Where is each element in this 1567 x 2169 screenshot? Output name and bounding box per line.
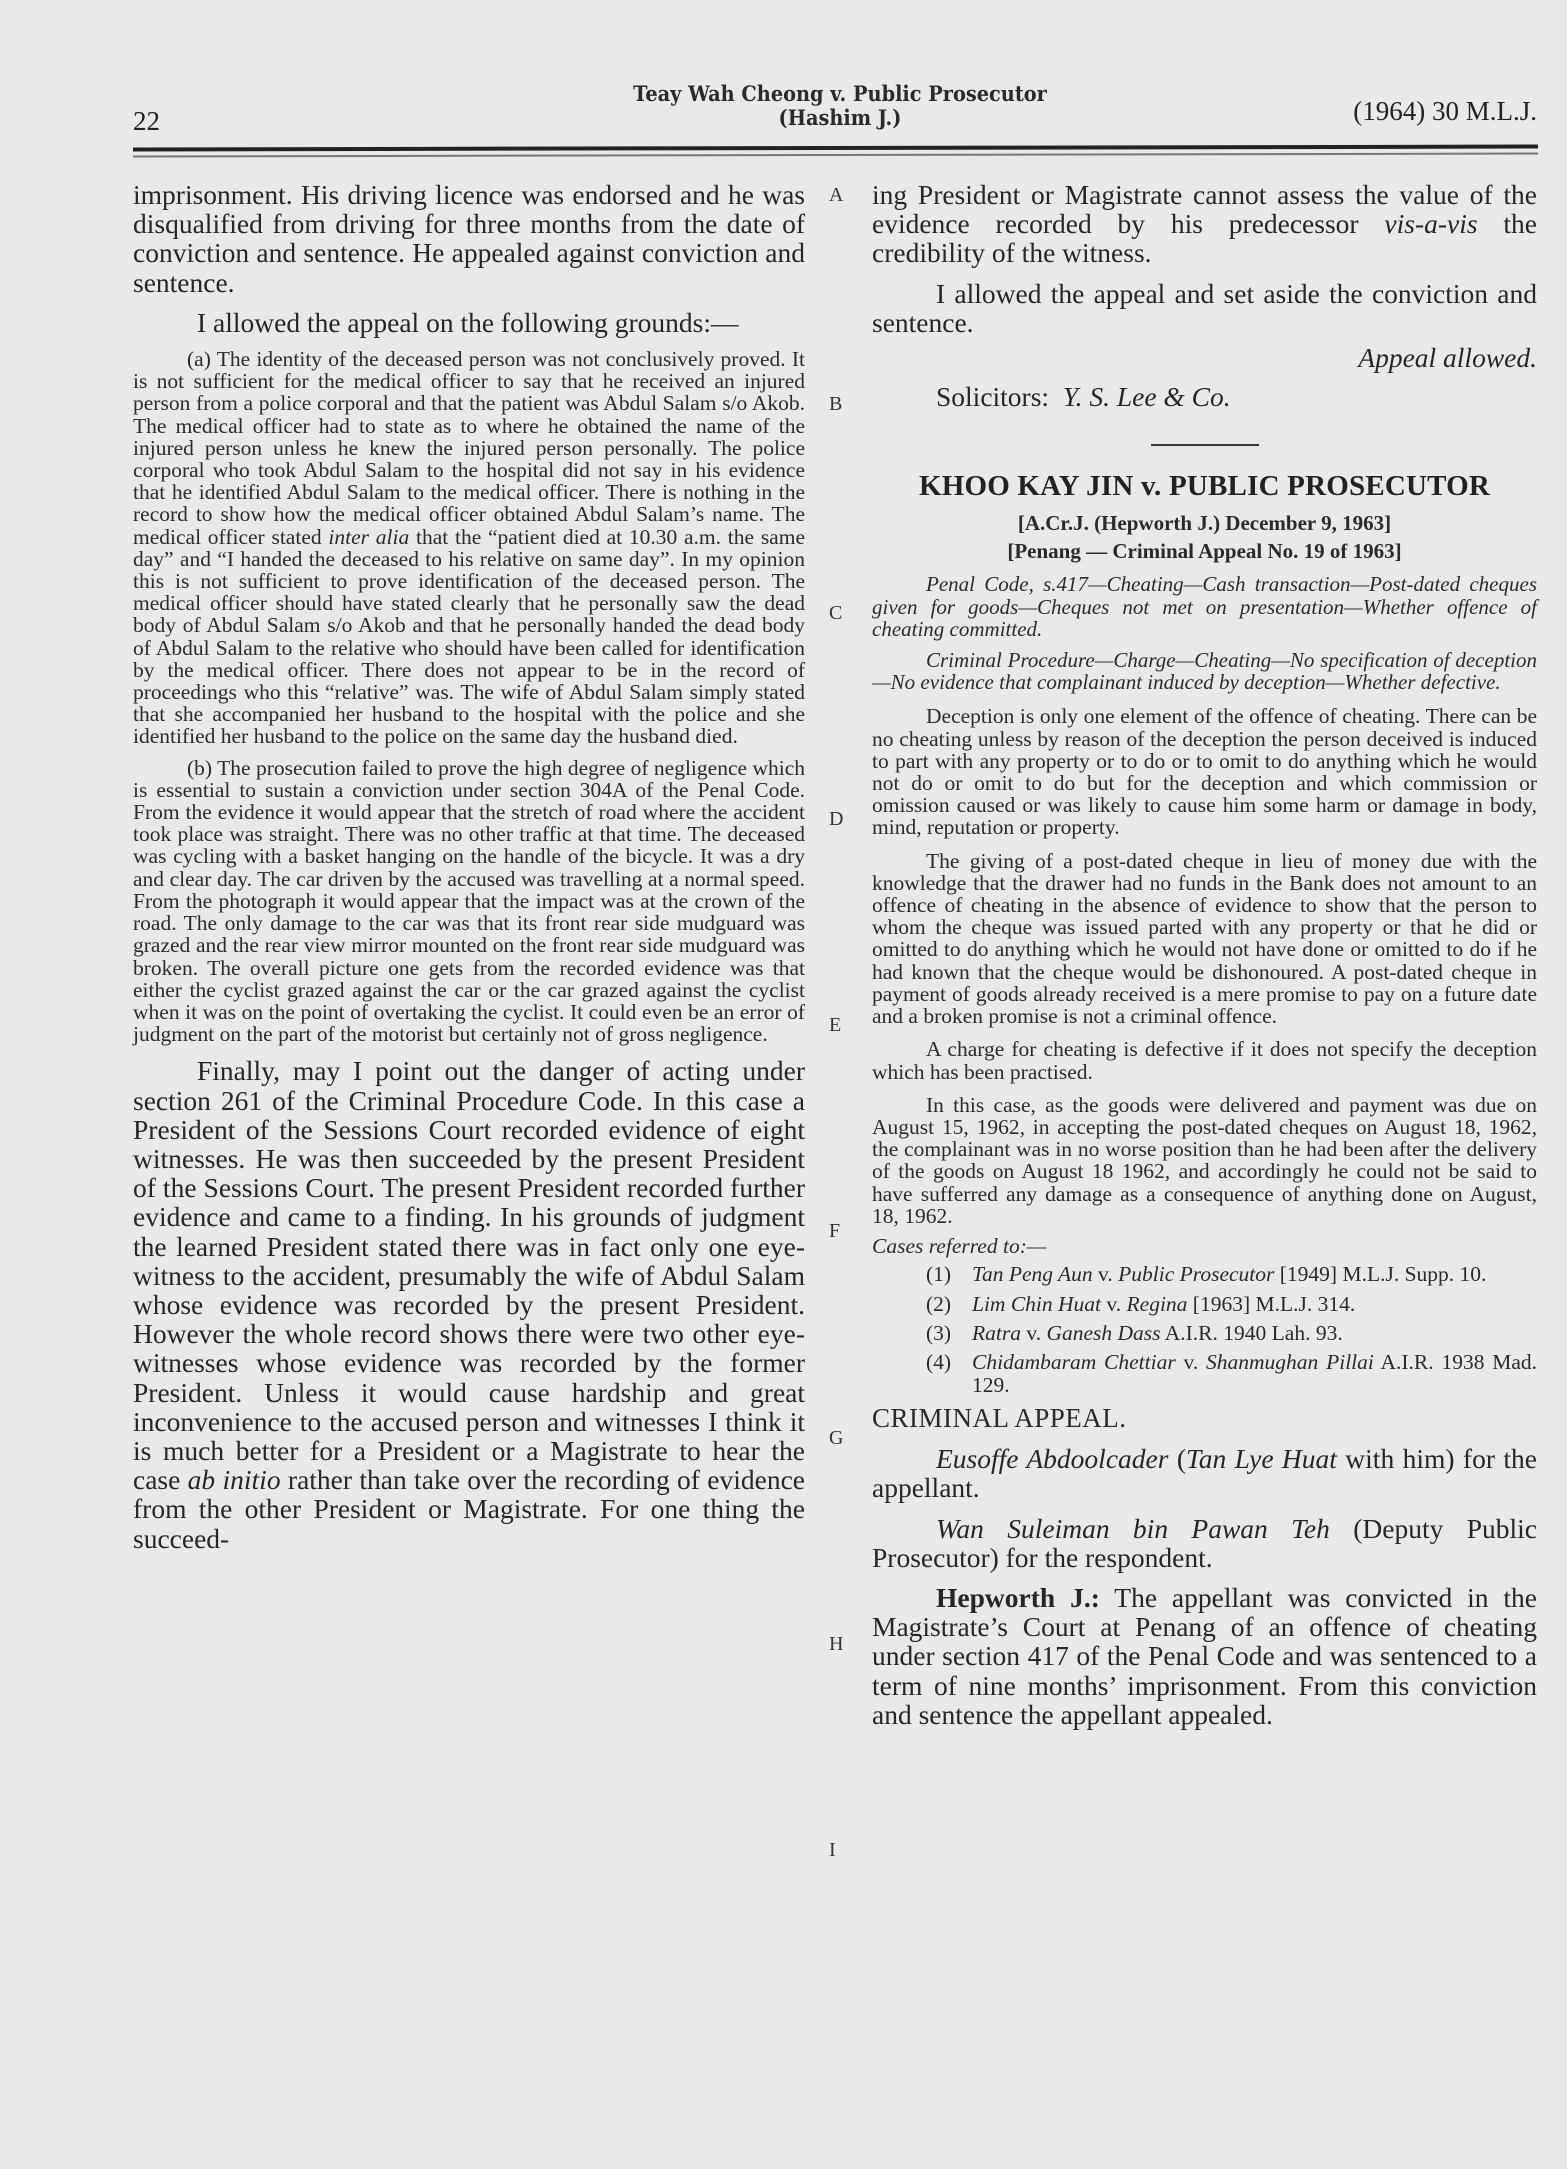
- paragraph-appeal-allowed: I allowed the appeal and set aside the c…: [872, 279, 1537, 337]
- paragraph-finally: Finally, may I point out the danger of a…: [133, 1056, 805, 1552]
- headnote-facts: In this case, as the goods were delivere…: [872, 1094, 1537, 1227]
- catchwords-penal-code: Penal Code, s.417—Cheating—Cash transact…: [872, 573, 1537, 640]
- margin-letter-h: H: [829, 1633, 843, 1656]
- solicitors-label: Solicitors:: [936, 381, 1049, 412]
- margin-letter-i: I: [829, 1839, 836, 1862]
- right-column: ing President or Magistrate cannot asses…: [872, 180, 1537, 1729]
- case-number: [Penang — Criminal Appeal No. 19 of 1963…: [872, 537, 1537, 565]
- counsel-appellant: Eusoffe Abdoolcader (Tan Lye Huat with h…: [872, 1444, 1537, 1502]
- case-reference: (1)Tan Peng Aun v. Public Prosecutor [19…: [872, 1263, 1537, 1285]
- judge-name: Hepworth J.:: [936, 1582, 1100, 1613]
- counsel-respondent: Wan Suleiman bin Pawan Teh (Deputy Publi…: [872, 1514, 1537, 1572]
- margin-letter-e: E: [829, 1014, 841, 1037]
- case-reference: (4)Chidambaram Chettiar v. Shanmughan Pi…: [872, 1351, 1537, 1396]
- ground-a: (a) The identity of the deceased person …: [133, 348, 805, 748]
- page-number: 22: [133, 106, 160, 137]
- journal-citation: (1964) 30 M.L.J.: [1353, 96, 1537, 127]
- left-column: imprisonment. His driving licence was en…: [133, 180, 805, 1553]
- running-title-judge: (Hashim J.): [582, 106, 1097, 130]
- case-reference: (2)Lim Chin Huat v. Regina [1963] M.L.J.…: [872, 1293, 1537, 1315]
- cases-referred-list: (1)Tan Peng Aun v. Public Prosecutor [19…: [872, 1263, 1537, 1396]
- paragraph-appeal-grounds-intro: I allowed the appeal on the following gr…: [133, 308, 805, 337]
- latin-phrase: vis-a-vis: [1384, 208, 1477, 239]
- headnote-post-dated-cheque: The giving of a post-dated cheque in lie…: [872, 850, 1537, 1028]
- headnote-defective-charge: A charge for cheating is defective if it…: [872, 1038, 1537, 1082]
- margin-letter-g: G: [829, 1427, 843, 1450]
- latin-phrase: ab initio: [188, 1464, 281, 1495]
- running-title: Teay Wah Cheong v. Public Prosecutor (Ha…: [582, 82, 1097, 130]
- ground-b: (b) The prosecution failed to prove the …: [133, 757, 805, 1046]
- paragraph-continuation: ing President or Magistrate cannot asses…: [872, 180, 1537, 268]
- latin-phrase: inter alia: [328, 525, 409, 549]
- catchwords-criminal-procedure: Criminal Procedure—Charge—Cheating—No sp…: [872, 649, 1537, 694]
- judgment-opening: Hepworth J.: The appellant was convicted…: [872, 1583, 1537, 1729]
- margin-letter-a: A: [829, 184, 843, 207]
- margin-letter-b: B: [829, 393, 842, 416]
- case-reference: (3)Ratra v. Ganesh Dass A.I.R. 1940 Lah.…: [872, 1322, 1537, 1344]
- section-heading: CRIMINAL APPEAL.: [872, 1403, 1537, 1434]
- header-rule-thin: [133, 153, 1538, 158]
- case-court-date: [A.Cr.J. (Hepworth J.) December 9, 1963]: [872, 509, 1537, 537]
- headnote-deception: Deception is only one element of the off…: [872, 705, 1537, 838]
- solicitors-line: Solicitors: Y. S. Lee & Co.: [872, 382, 1537, 411]
- margin-letter-d: D: [829, 808, 843, 831]
- solicitors-name: Y. S. Lee & Co.: [1063, 381, 1231, 412]
- margin-letter-f: F: [829, 1220, 840, 1243]
- running-title-case: Teay Wah Cheong v. Public Prosecutor: [582, 82, 1097, 106]
- header-rule-thick: [133, 145, 1538, 152]
- paragraph-sentence-summary: imprisonment. His driving licence was en…: [133, 180, 805, 297]
- result-line: Appeal allowed.: [872, 343, 1537, 372]
- margin-letter-c: C: [829, 602, 842, 625]
- cases-referred-label: Cases referred to:—: [872, 1235, 1537, 1257]
- case-title: KHOO KAY JIN v. PUBLIC PROSECUTOR: [872, 470, 1537, 503]
